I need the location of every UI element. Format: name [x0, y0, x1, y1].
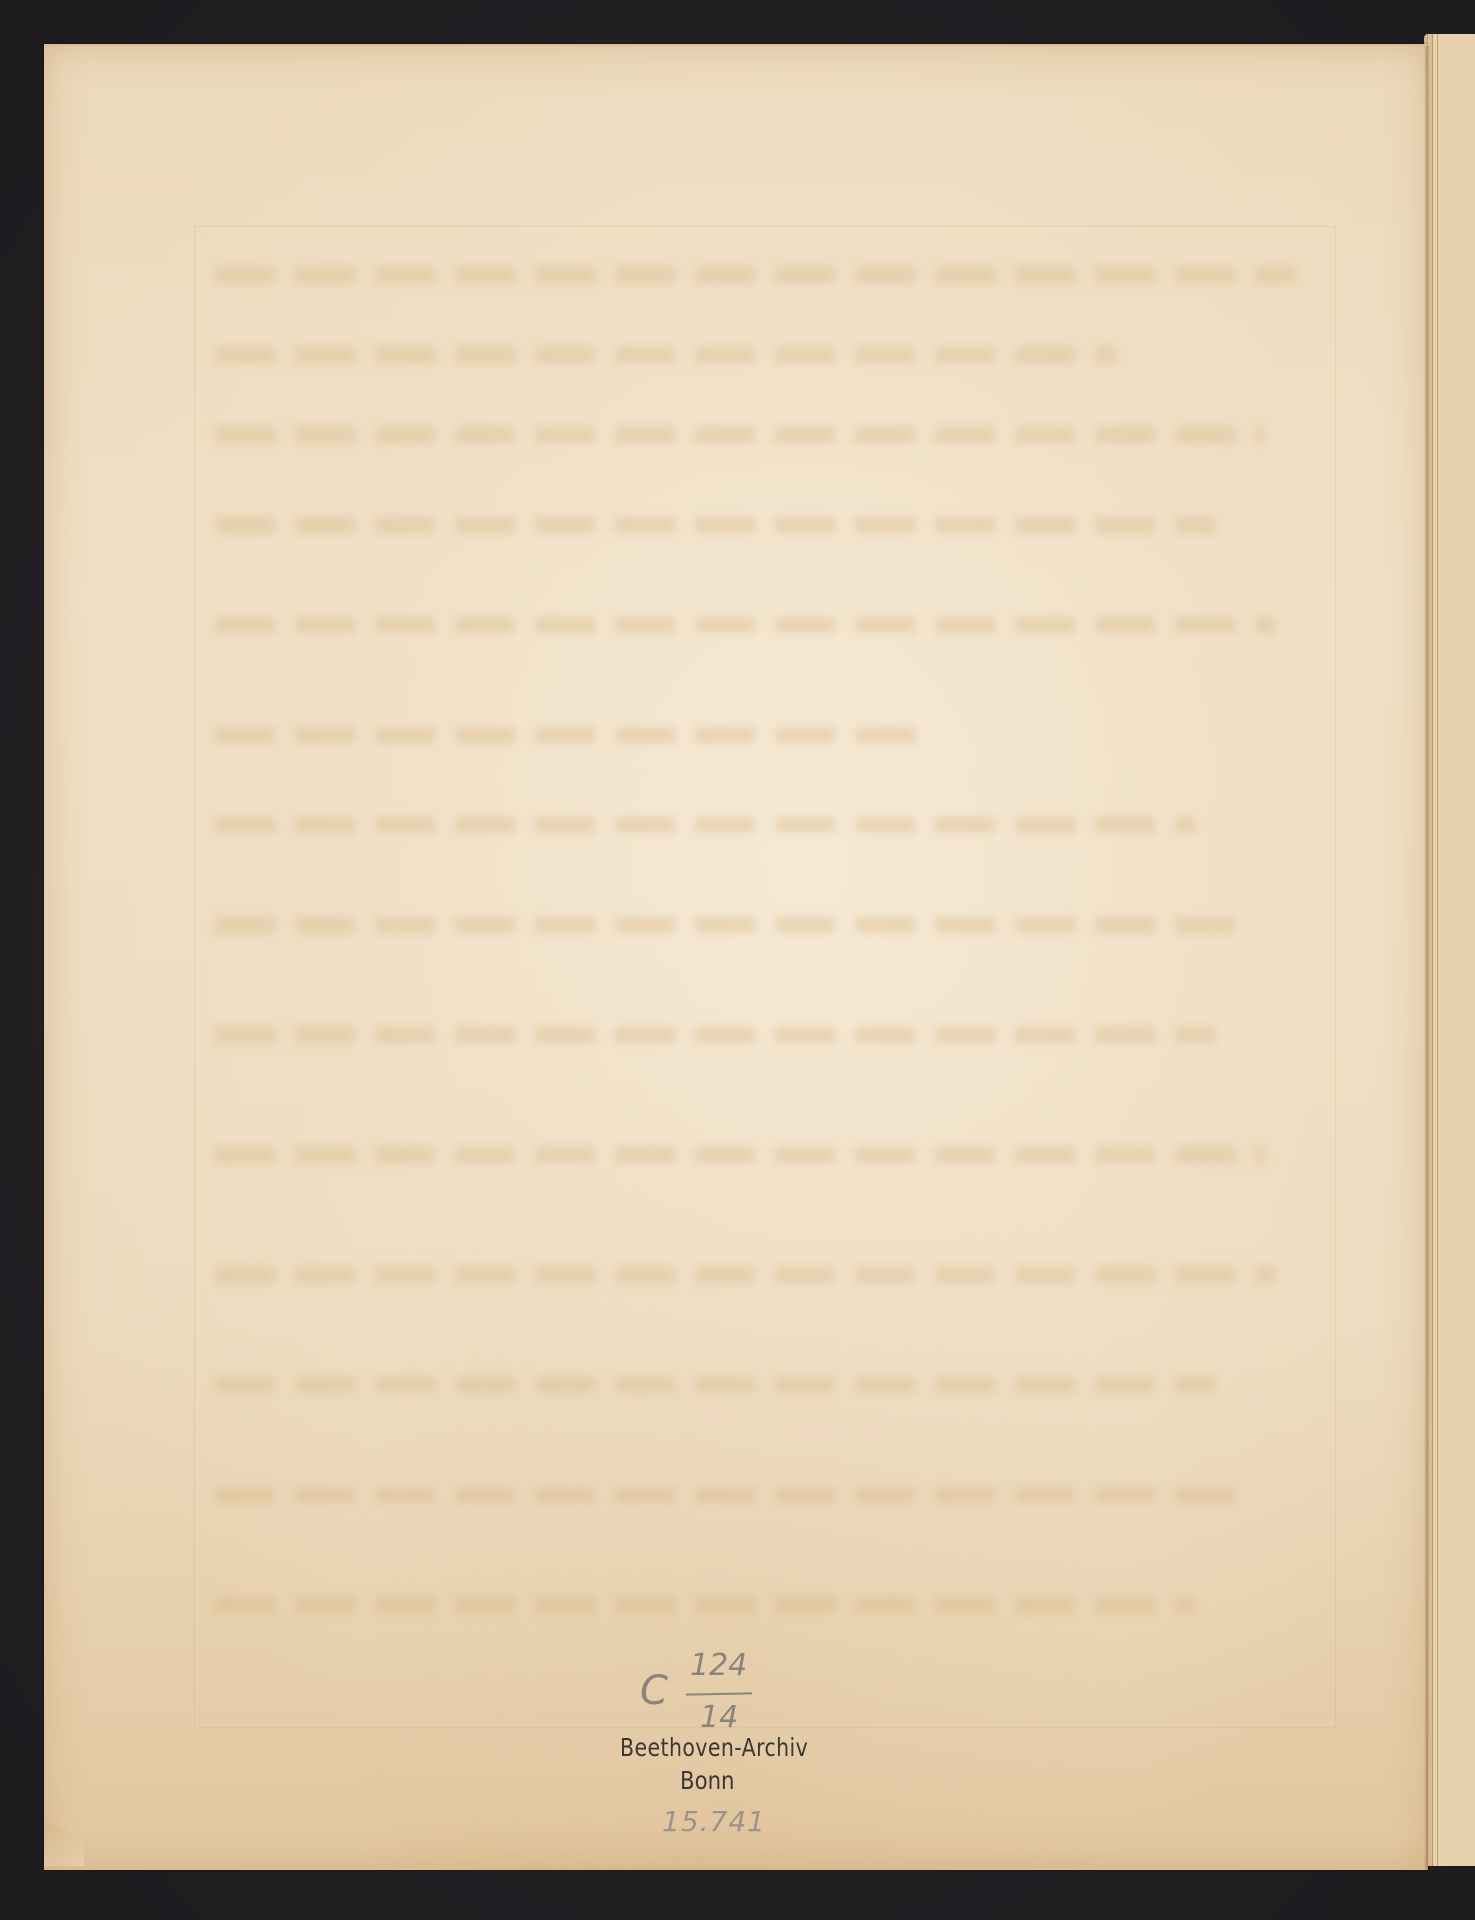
archive-stamp-name: Beethoven-Archiv [620, 1733, 808, 1762]
call-number-denominator: 14 [700, 1700, 738, 1735]
accession-number: 15.741 [662, 1805, 766, 1838]
bleed-through-text-area [194, 226, 1336, 1728]
archive-stamp-city: Bonn [680, 1766, 735, 1795]
call-number-prefix: C [640, 1668, 668, 1714]
underlying-pages [1424, 34, 1475, 1866]
call-number-numerator: 124 [690, 1648, 747, 1683]
document-page [44, 44, 1428, 1870]
